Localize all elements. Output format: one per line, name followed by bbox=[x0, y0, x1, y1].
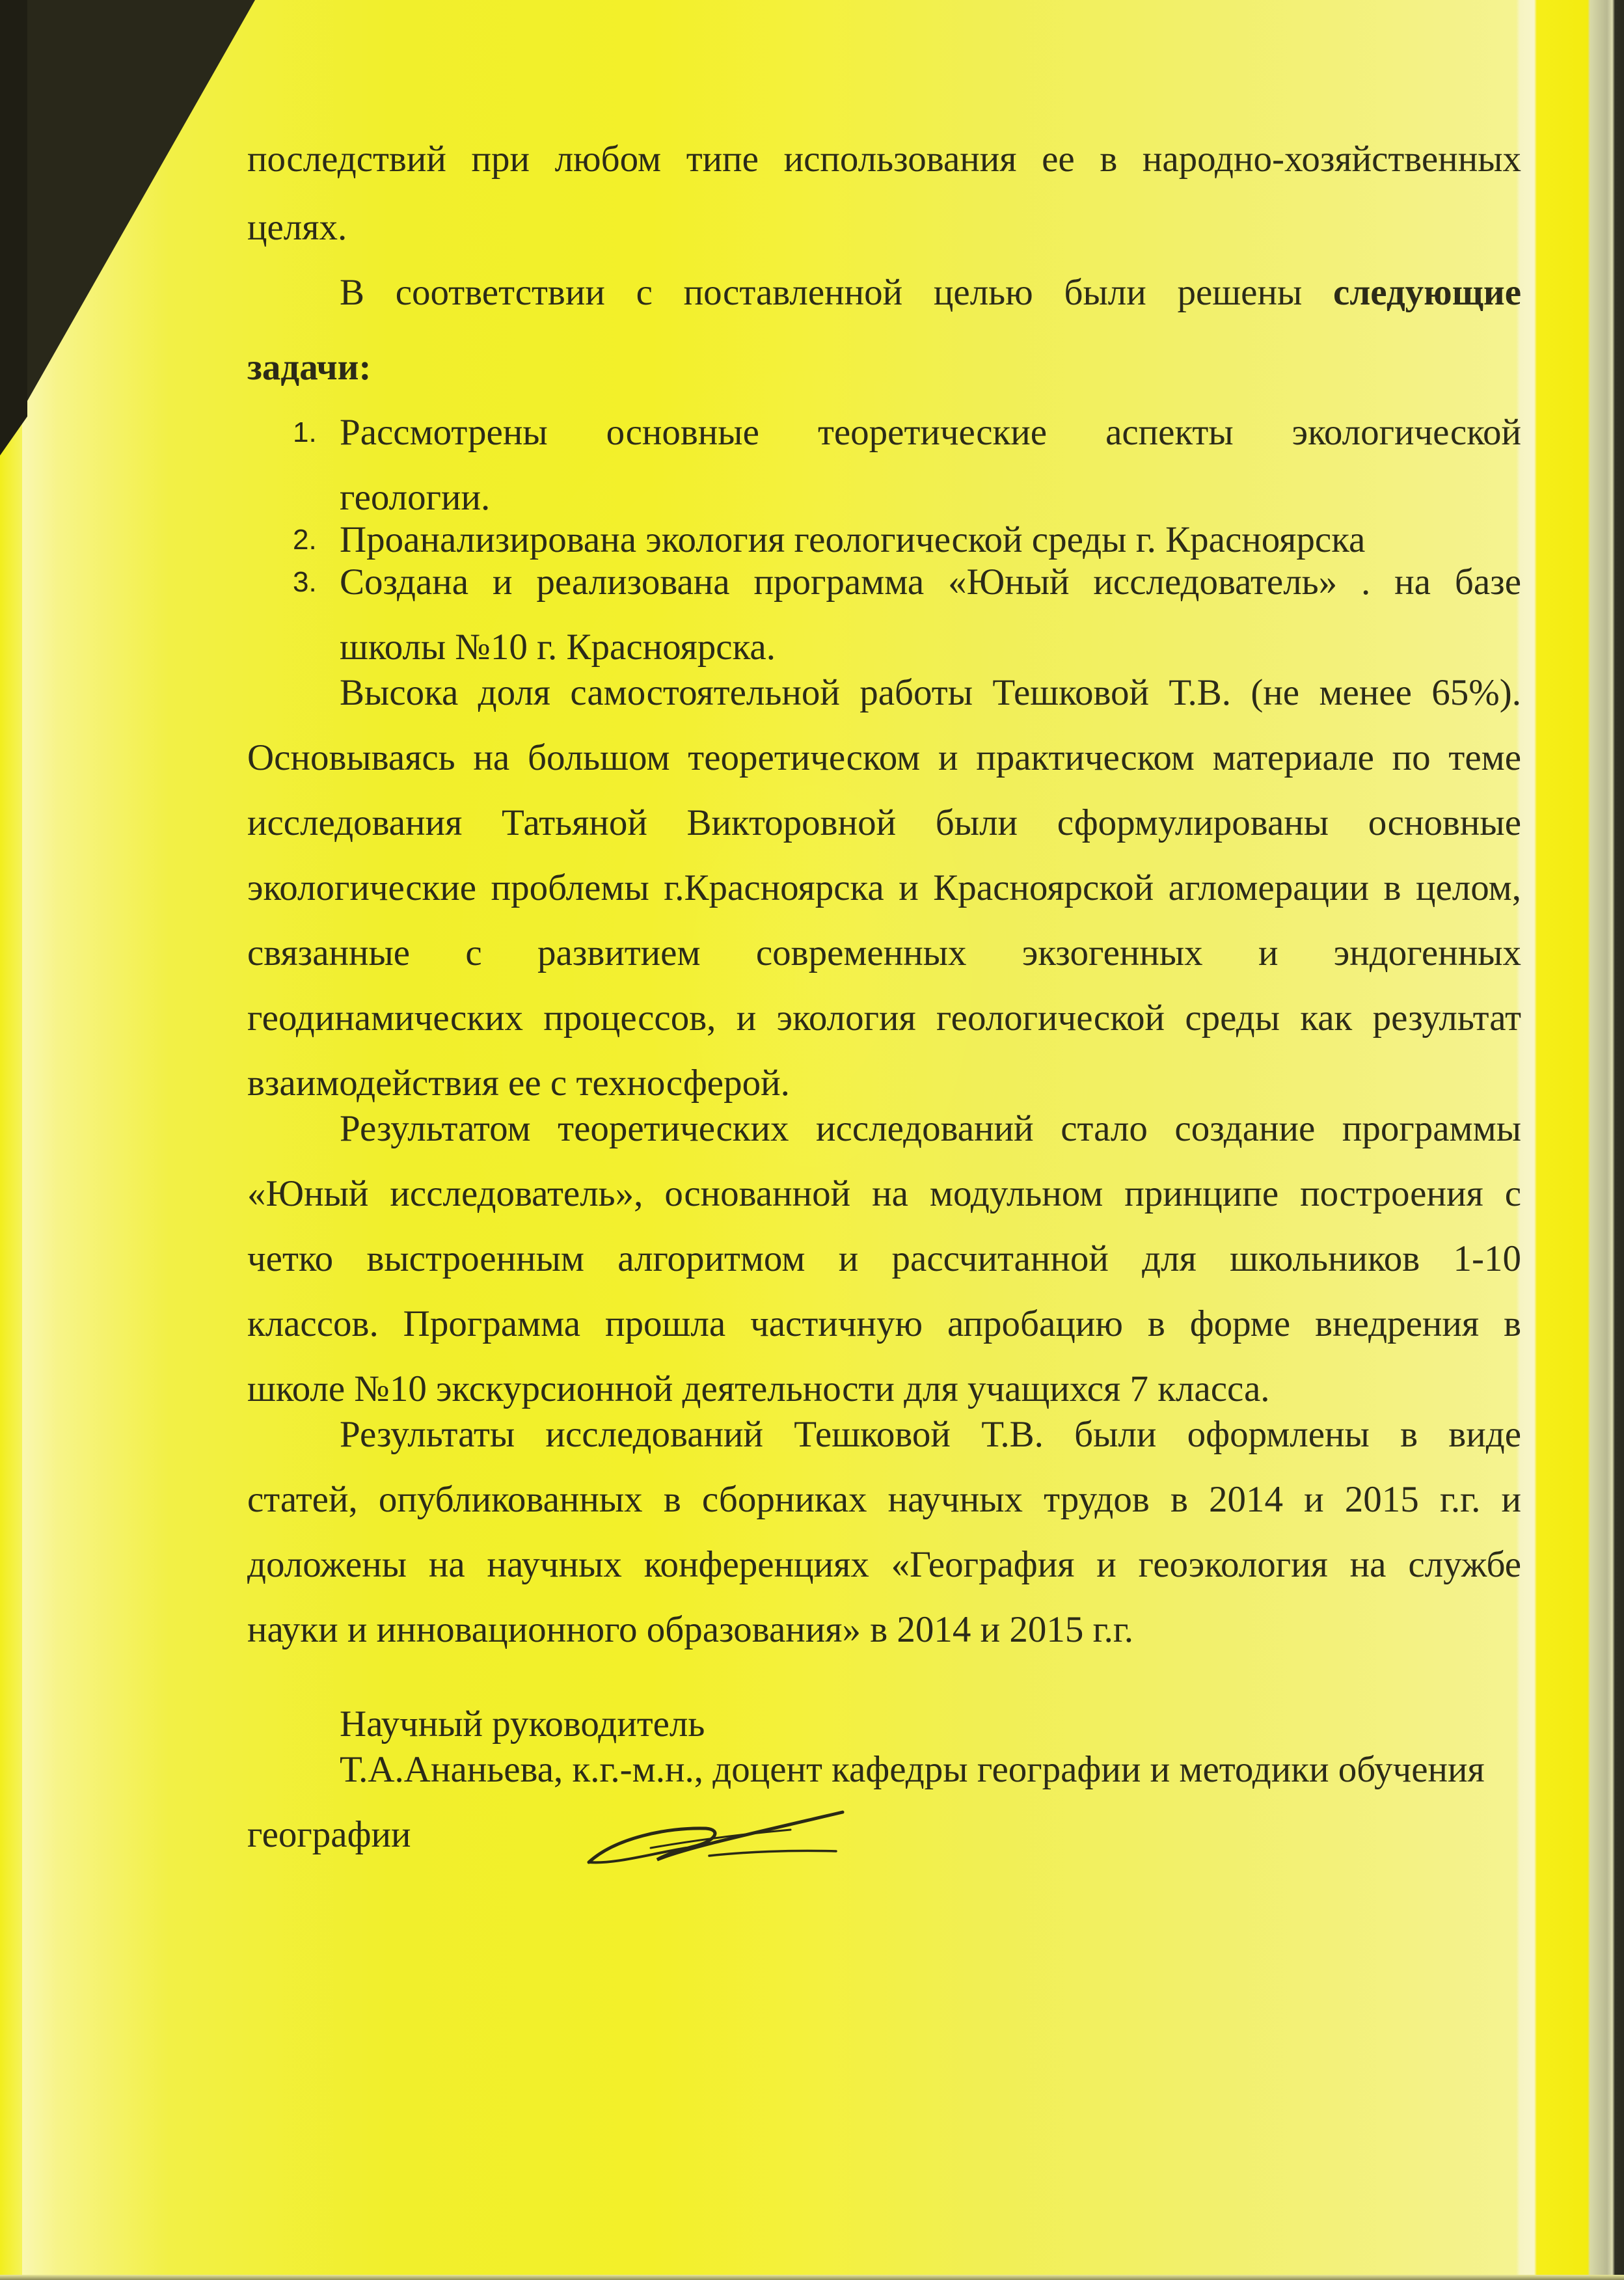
list-item: Создана и реализована программа «Юный ис… bbox=[340, 560, 1521, 605]
paragraph-line: четко выстроенным алгоритмом и рассчитан… bbox=[247, 1236, 1521, 1282]
paragraph-line: доложены на научных конференциях «Геогра… bbox=[247, 1542, 1521, 1588]
list-item-continuation: геологии. bbox=[340, 475, 1521, 521]
paragraph-line: взаимодействия ее с техносферой. bbox=[247, 1061, 1521, 1106]
handwritten-signature-icon bbox=[576, 1802, 862, 1874]
list-number: 1. bbox=[293, 410, 332, 455]
list-number: 3. bbox=[293, 560, 332, 605]
paragraph-line: Высока доля самостоятельной работы Тешко… bbox=[340, 670, 1521, 716]
tasks-intro-bold: следующие bbox=[1333, 272, 1521, 313]
document-body: последствий при любом типе использования… bbox=[0, 0, 1624, 2280]
supervisor-role: Научный руководитель bbox=[340, 1702, 1521, 1747]
text-line: целях. bbox=[247, 205, 1521, 251]
paragraph-line: геодинамических процессов, и экология ге… bbox=[247, 996, 1521, 1041]
paragraph-line: классов. Программа прошла частичную апро… bbox=[247, 1301, 1521, 1347]
list-item: Проанализирована экология геологической … bbox=[340, 517, 1521, 563]
paragraph-line: статей, опубликованных в сборниках научн… bbox=[247, 1477, 1521, 1523]
paragraph-line: науки и инновационного образования» в 20… bbox=[247, 1607, 1521, 1653]
tasks-intro-line: В соответствии с поставленной целью были… bbox=[340, 270, 1521, 316]
tasks-heading: задачи: bbox=[247, 345, 1521, 390]
list-item: Рассмотрены основные теоретические аспек… bbox=[340, 410, 1521, 455]
paragraph-line: связанные с развитием современных экзоге… bbox=[247, 930, 1521, 976]
paragraph-line: экологические проблемы г.Красноярска и К… bbox=[247, 865, 1521, 911]
paragraph-line: Основываясь на большом теоретическом и п… bbox=[247, 735, 1521, 781]
paragraph-line: школе №10 экскурсионной деятельности для… bbox=[247, 1366, 1521, 1412]
paragraph-line: Результаты исследований Тешковой Т.В. бы… bbox=[340, 1412, 1521, 1458]
list-item-continuation: школы №10 г. Красноярска. bbox=[340, 625, 1521, 670]
text-line: последствий при любом типе использования… bbox=[247, 137, 1521, 182]
paragraph-line: Результатом теоретических исследований с… bbox=[340, 1106, 1521, 1152]
supervisor-title-continuation: географии bbox=[247, 1812, 1521, 1858]
tasks-intro-text: В соответствии с поставленной целью были… bbox=[340, 272, 1333, 313]
supervisor-name-title: Т.А.Ананьева, к.г.-м.н., доцент кафедры … bbox=[340, 1747, 1504, 1793]
paragraph-line: исследования Татьяной Викторовной были с… bbox=[247, 800, 1521, 846]
paragraph-line: «Юный исследователь», основанной на моду… bbox=[247, 1171, 1521, 1217]
list-number: 2. bbox=[293, 517, 332, 563]
